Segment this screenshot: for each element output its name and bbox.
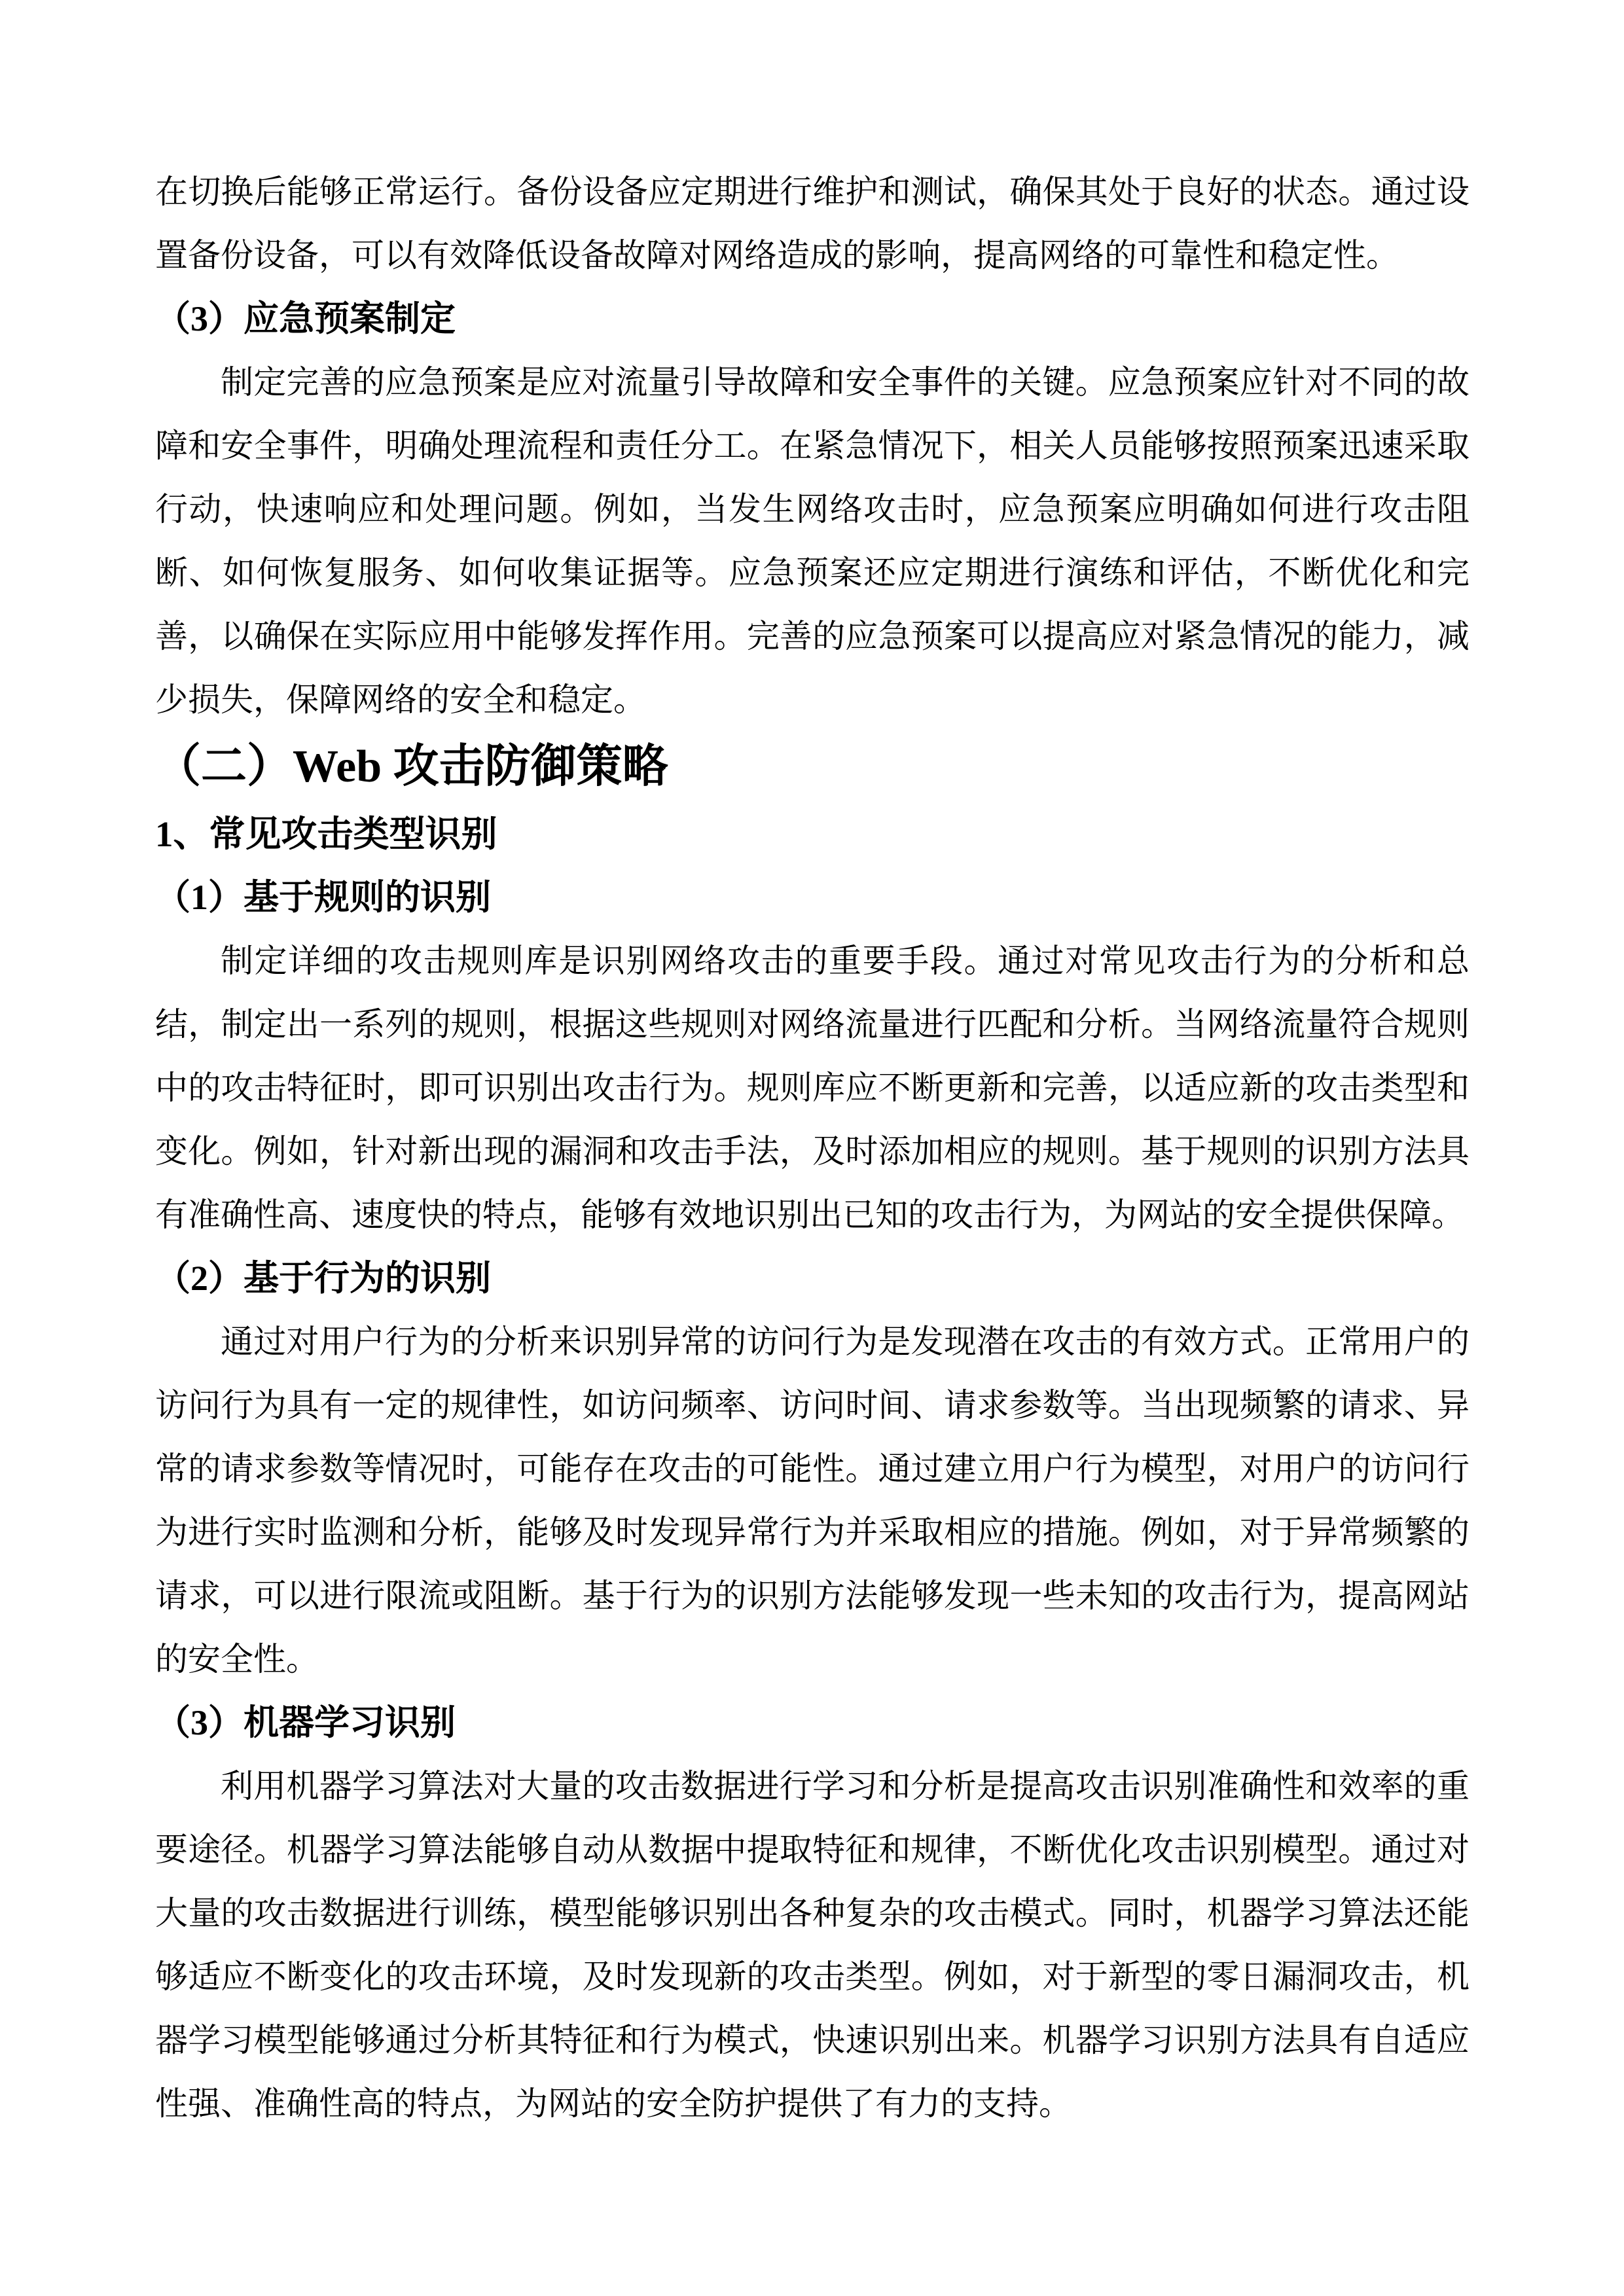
paragraph-behavior-based-recognition: 通过对用户行为的分析来识别异常的访问行为是发现潜在攻击的有效方式。正常用户的访问… [155,1310,1470,1691]
heading-machine-learning-recognition: （3）机器学习识别 [155,1691,1470,1755]
paragraph-rule-based-recognition: 制定详细的攻击规则库是识别网络攻击的重要手段。通过对常见攻击行为的分析和总结，制… [155,929,1470,1247]
paragraph-backup-devices-continuation: 在切换后能够正常运行。备份设备应定期进行维护和测试，确保其处于良好的状态。通过设… [155,160,1470,287]
paragraph-machine-learning-recognition: 利用机器学习算法对大量的攻击数据进行学习和分析是提高攻击识别准确性和效率的重要途… [155,1755,1470,2136]
heading-rule-based-recognition: （1）基于规则的识别 [155,866,1470,929]
heading-common-attack-type-recognition: 1、常见攻击类型识别 [155,802,1470,866]
heading-web-attack-defense-strategy: （二）Web 攻击防御策略 [155,732,1470,802]
heading-behavior-based-recognition: （2）基于行为的识别 [155,1247,1470,1310]
document-page: 在切换后能够正常运行。备份设备应定期进行维护和测试，确保其处于良好的状态。通过设… [0,0,1624,2296]
paragraph-emergency-plan: 制定完善的应急预案是应对流量引导故障和安全事件的关键。应急预案应针对不同的故障和… [155,351,1470,732]
heading-emergency-plan: （3）应急预案制定 [155,287,1470,351]
